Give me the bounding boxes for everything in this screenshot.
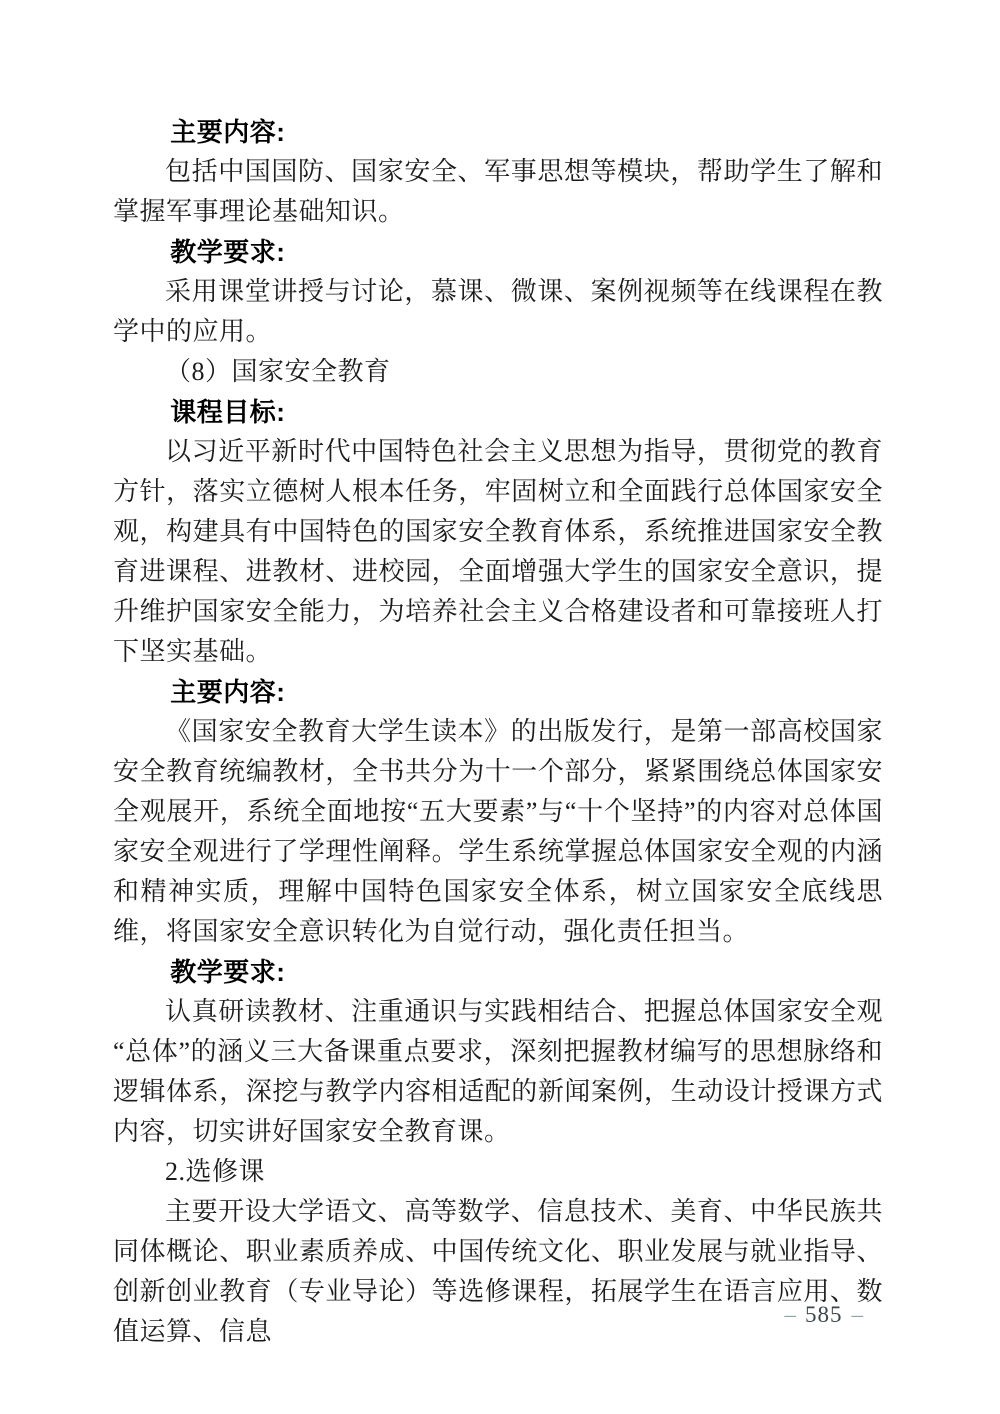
paragraph: 以习近平新时代中国特色社会主义思想为指导，贯彻党的教育方针，落实立德树人根本任务… bbox=[113, 432, 883, 672]
section-heading: 主要内容: bbox=[113, 672, 883, 712]
list-item-heading: 2.选修课 bbox=[113, 1152, 883, 1192]
document-body: 主要内容: 包括中国国防、国家安全、军事思想等模块，帮助学生了解和掌握军事理论基… bbox=[113, 112, 883, 1352]
paragraph: 认真研读教材、注重通识与实践相结合、把握总体国家安全观“总体”的涵义三大备课重点… bbox=[113, 992, 883, 1152]
page-number-left-dash: – bbox=[785, 1302, 797, 1327]
section-heading: 课程目标: bbox=[113, 392, 883, 432]
page-number: –585– bbox=[776, 1300, 873, 1330]
paragraph: 主要开设大学语文、高等数学、信息技术、美育、中华民族共同体概论、职业素质养成、中… bbox=[113, 1192, 883, 1352]
page-number-value: 585 bbox=[805, 1302, 843, 1327]
section-heading: 教学要求: bbox=[113, 952, 883, 992]
page-number-right-dash: – bbox=[852, 1302, 864, 1327]
paragraph: 《国家安全教育大学生读本》的出版发行，是第一部高校国家安全教育统编教材，全书共分… bbox=[113, 712, 883, 952]
section-heading: 教学要求: bbox=[113, 232, 883, 272]
document-page: 主要内容: 包括中国国防、国家安全、军事思想等模块，帮助学生了解和掌握军事理论基… bbox=[0, 0, 1000, 1414]
paragraph: 采用课堂讲授与讨论，慕课、微课、案例视频等在线课程在教学中的应用。 bbox=[113, 272, 883, 352]
section-heading: 主要内容: bbox=[113, 112, 883, 152]
paragraph: 包括中国国防、国家安全、军事思想等模块，帮助学生了解和掌握军事理论基础知识。 bbox=[113, 152, 883, 232]
list-item-heading: （8）国家安全教育 bbox=[113, 352, 883, 392]
